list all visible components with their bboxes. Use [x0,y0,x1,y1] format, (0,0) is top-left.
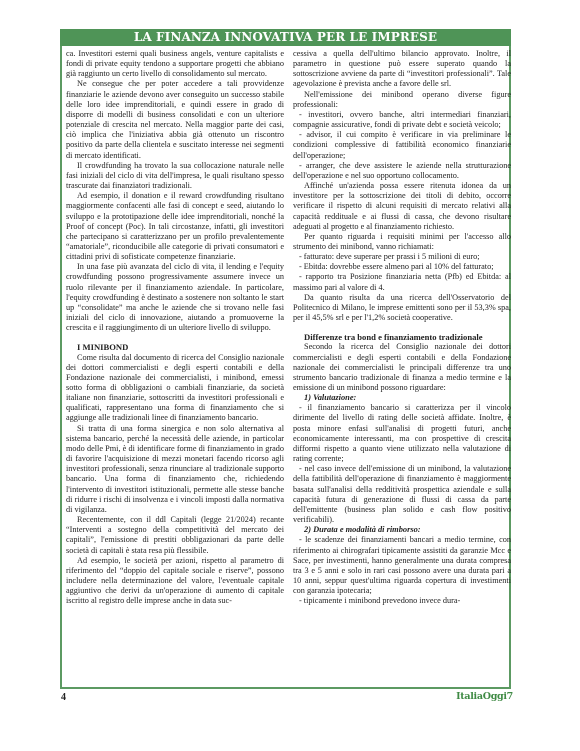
paragraph: Per quanto riguarda i requisiti minimi p… [293,232,511,252]
list-item: - rapporto tra Posizione finanziaria net… [293,272,511,292]
list-item: - il finanziamento bancario si caratteri… [293,403,511,464]
paragraph: ca. Investitori esterni quali business a… [66,49,284,79]
paragraph: Come risulta dal documento di ricerca de… [66,353,284,424]
list-item: - tipicamente i minibond prevedono invec… [293,596,511,606]
paragraph: cessiva a quella dell'ultimo bilancio ap… [293,49,511,90]
paragraph: Secondo la ricerca del Consiglio naziona… [293,342,511,393]
list-item: - advisor, il cui compito è verificare i… [293,130,511,160]
paragraph: Nell'emissione dei minibond operano dive… [293,90,511,110]
paragraph: Da quanto risulta da una ricerca dell'Os… [293,293,511,323]
section-heading-minibond: I MINIBOND [66,342,284,352]
list-item: - nel caso invece dell'emissione di un m… [293,464,511,525]
paragraph: Ne consegue che per poter accedere a tal… [66,79,284,160]
paragraph: Il crowdfunding ha trovato la sua colloc… [66,161,284,191]
list-item: - investitori, ovvero banche, altri inte… [293,110,511,130]
section-title: LA FINANZA INNOVATIVA PER LE IMPRESE [60,29,511,46]
list-item: - Ebitda: dovrebbe essere almeno pari al… [293,262,511,272]
publication-logo: ItaliaOggi7 [456,691,513,702]
paragraph: Ad esempio, il donation e il reward crow… [66,191,284,262]
paragraph: Si tratta di una forma sinergica e non s… [66,424,284,515]
list-item: - le scadenze dei finanziamenti bancari … [293,535,511,596]
section-heading-differences: Differenze tra bond e finanziamento trad… [293,332,511,342]
right-column: cessiva a quella dell'ultimo bilancio ap… [293,49,511,606]
subheading-durata: 2) Durata e modalità di rimborso: [293,525,511,535]
subheading-valutazione: 1) Valutazione: [293,393,511,403]
page-number: 4 [61,692,66,703]
paragraph: Ad esempio, le società per azioni, rispe… [66,556,284,607]
left-column: ca. Investitori esterni quali business a… [66,49,284,606]
paragraph: Recentemente, con il ddl Capitali (legge… [66,515,284,556]
paragraph: In una fase più avanzata del ciclo di vi… [66,262,284,333]
list-item: - arranger, che deve assistere le aziend… [293,161,511,181]
paragraph: Affinché un'azienda possa essere ritenut… [293,181,511,232]
list-item: - fatturato: deve superare per prassi i … [293,252,511,262]
